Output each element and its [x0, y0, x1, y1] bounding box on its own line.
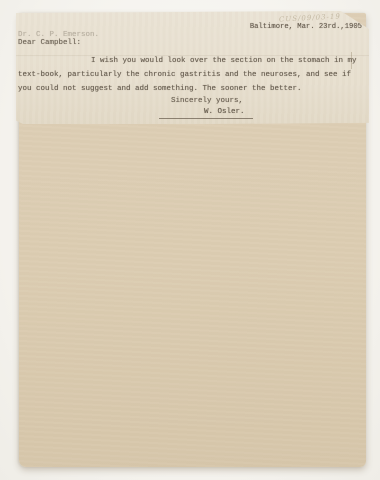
body-line: I wish you would look over the section o… — [18, 54, 366, 68]
scanned-document-photo: CUS/09/03-19 Baltimore, Mar. 23rd.,1905 … — [0, 0, 380, 480]
signature: W. Osler. — [204, 108, 245, 116]
salutation: Dear Campbell: — [18, 39, 81, 47]
signature-underline — [159, 118, 253, 119]
archival-pencil-note: CUS/09/03-19 — [279, 12, 341, 23]
closing: Sincerely yours, — [171, 97, 243, 105]
body-paragraph: I wish you would look over the section o… — [18, 54, 366, 96]
body-line: you could not suggest and add something.… — [18, 82, 366, 96]
letter-slip: CUS/09/03-19 Baltimore, Mar. 23rd.,1905 … — [16, 11, 369, 124]
dateline: Baltimore, Mar. 23rd.,1905 — [250, 23, 362, 31]
addressee-note: Dr. C. P. Emerson. — [18, 31, 99, 39]
body-line: text-book, particularly the chronic gast… — [18, 68, 366, 82]
